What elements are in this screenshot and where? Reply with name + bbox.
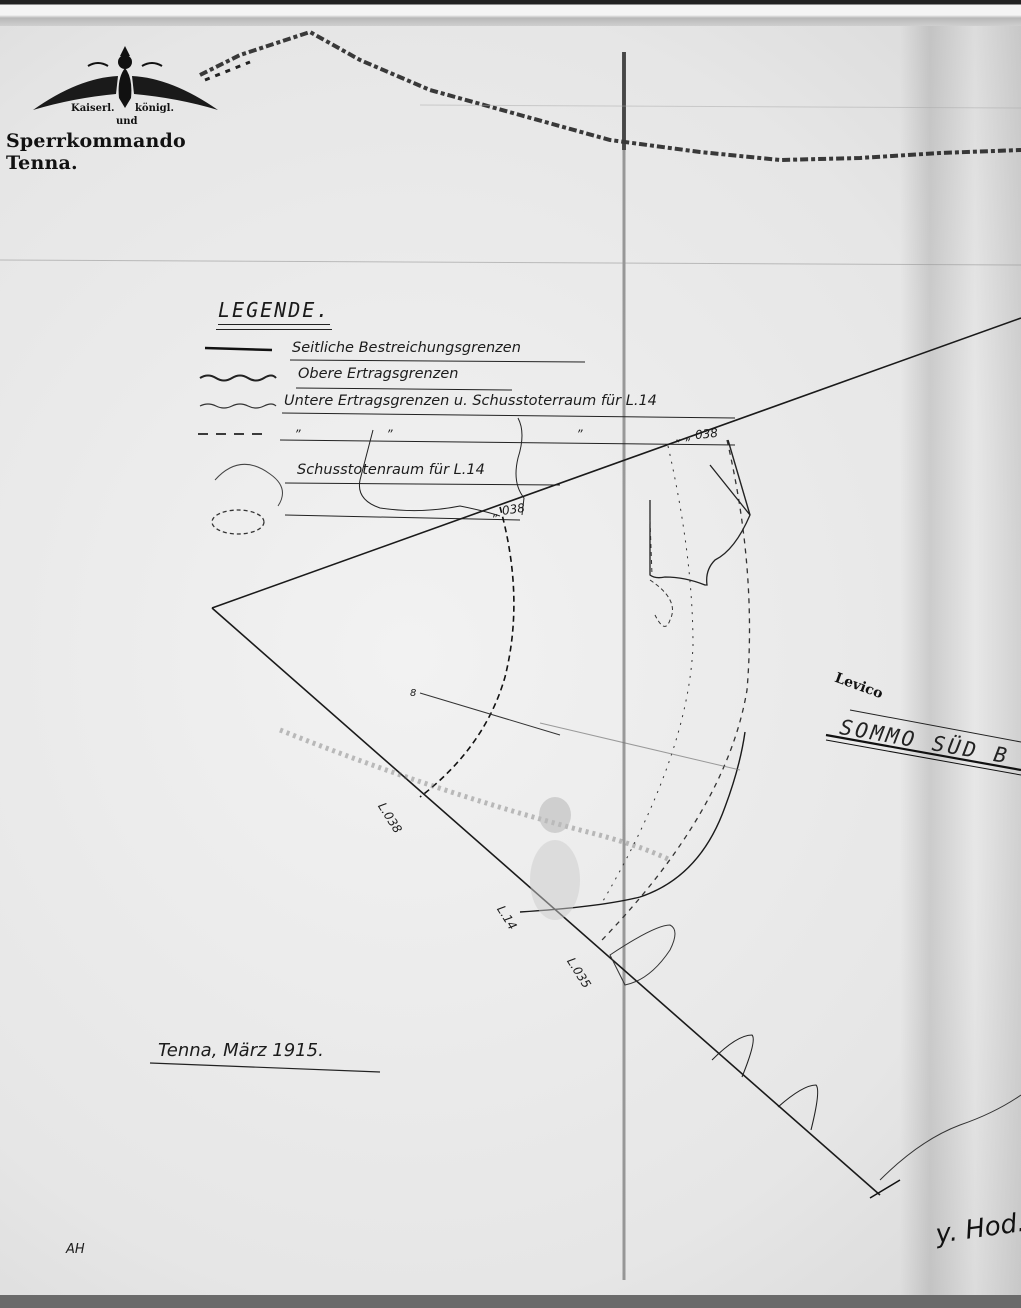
legend-symbol-wavy-heavy — [200, 376, 276, 381]
range-arc-l038-inner — [420, 507, 514, 797]
scan-bottom-edge — [0, 1295, 1021, 1308]
legend-item-upper-limits: Obere Ertragsgrenzen — [298, 366, 458, 382]
point-label-8: 8 — [410, 688, 416, 699]
legend-ditto-1: „ — [296, 420, 302, 434]
ridge-line — [200, 32, 1021, 160]
legend-title: LEGENDE. — [218, 298, 330, 325]
legend-item-side-limits: Seitliche Bestreichungsgrenzen — [292, 340, 521, 356]
legend-symbol-solid — [205, 348, 272, 350]
unit-title: Sperrkommando Tenna. — [6, 130, 260, 174]
dead-space-l14 — [650, 465, 750, 585]
archive-mark: AH — [66, 1242, 85, 1257]
legend-item-lower-limits: Untere Ertragsgrenzen u. Schusstoterraum… — [284, 393, 657, 409]
header-kaiserl: Kaiserl. — [71, 103, 115, 114]
terrain-bump-1 — [712, 1035, 753, 1077]
header-koenigl: königl. — [135, 103, 174, 114]
legend-ditto-3: „ — [578, 420, 584, 434]
double-headed-eagle-icon — [28, 38, 223, 118]
header-und: und — [116, 116, 138, 127]
place-date: Tenna, März 1915. — [158, 1040, 324, 1061]
legend-symbol-wavy-thin — [200, 404, 276, 408]
map-linework — [0, 0, 1021, 1308]
letterhead: Kaiserl. königl. und Sperrkommando Tenna… — [0, 28, 260, 158]
legend-item-dead-space: Schusstotenraum für L.14 — [297, 462, 485, 478]
legend-ditto-2: „ — [388, 420, 394, 434]
legend-symbol-outline — [215, 464, 283, 506]
legend-symbol-dashed-outline — [212, 510, 264, 534]
